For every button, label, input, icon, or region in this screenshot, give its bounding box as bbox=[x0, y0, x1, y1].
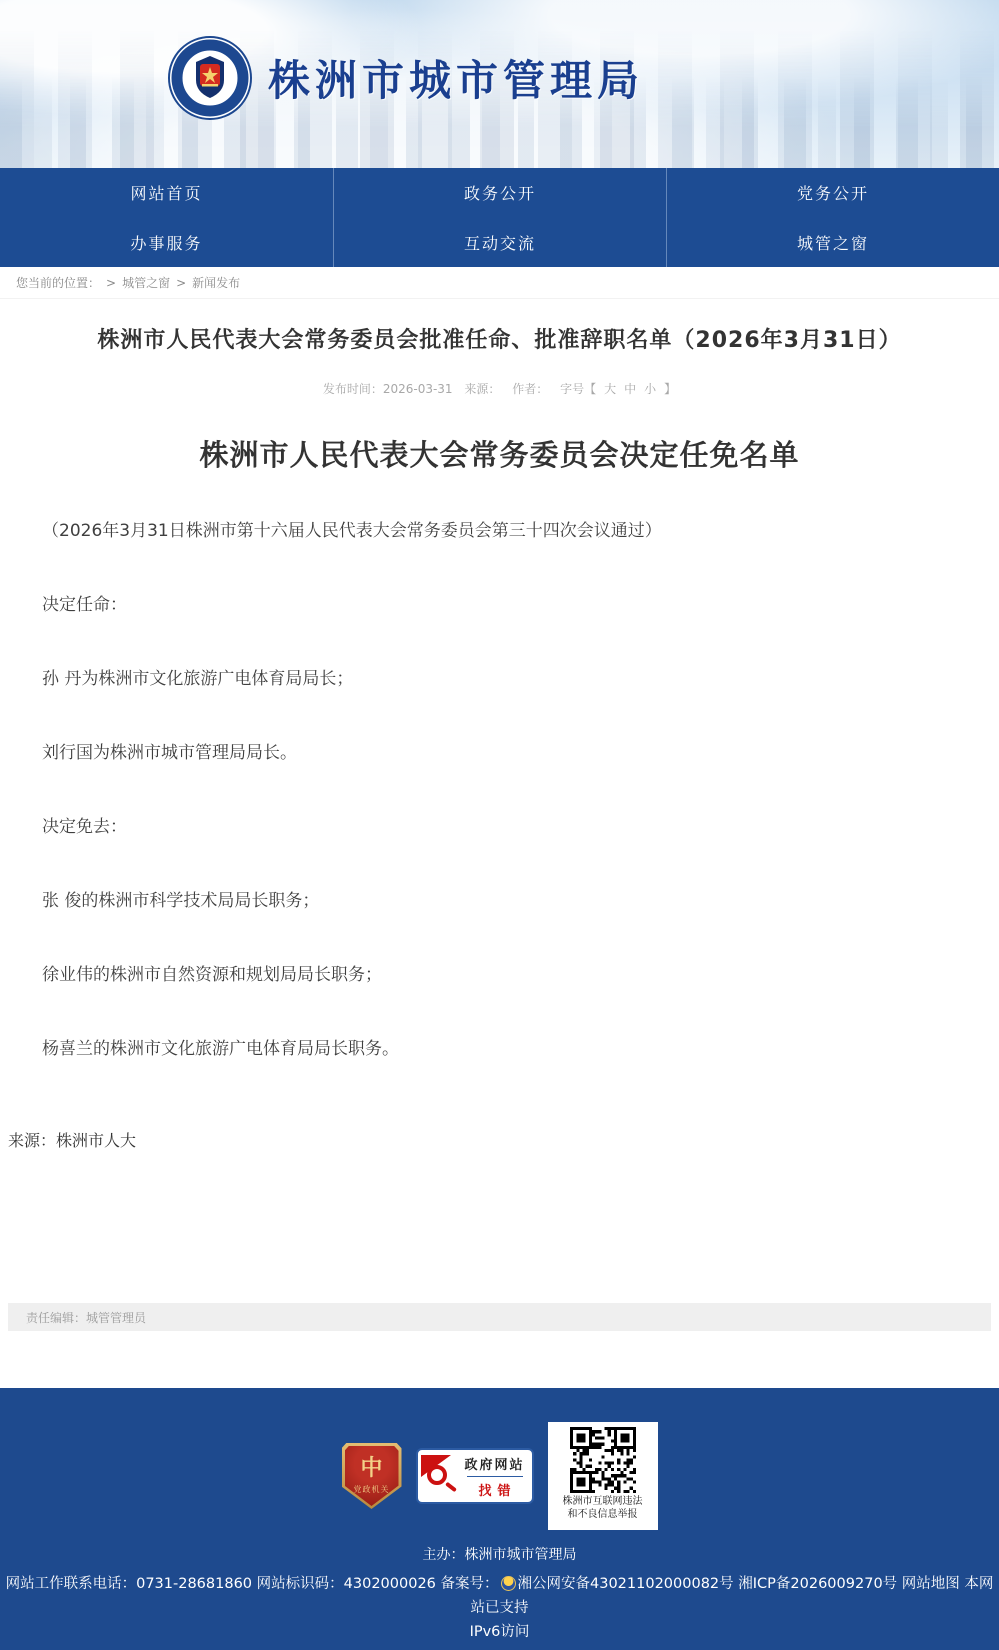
nav-item-home[interactable]: 网站首页 bbox=[0, 168, 333, 218]
police-emblem-icon bbox=[501, 1576, 516, 1591]
article-meta: 发布时间：2026-03-31 来源： 作者： 字号【大中小】 bbox=[8, 380, 991, 397]
main-navigation: 网站首页 办事服务 政务公开 互动交流 党务公开 城管之窗 bbox=[0, 168, 999, 267]
magnifier-flag-icon bbox=[421, 1453, 461, 1499]
footer: 中 党政机关 政府网站 找错 bbox=[0, 1388, 999, 1650]
footer-contact-line: 网站工作联系电话：0731-28681860 网站标识码：4302000026 … bbox=[2, 1572, 997, 1620]
source-label: 来源： bbox=[464, 382, 500, 396]
nav-item-services[interactable]: 办事服务 bbox=[0, 218, 333, 268]
gov-site-find-error-badge[interactable]: 政府网站 找错 bbox=[416, 1448, 534, 1504]
author-label: 作者： bbox=[512, 382, 548, 396]
footer-badges: 中 党政机关 政府网站 找错 bbox=[342, 1422, 658, 1530]
site-brand: 株洲市城市管理局 bbox=[168, 36, 644, 120]
find-error-top-label: 政府网站 bbox=[464, 1454, 524, 1473]
nav-item-urban-window[interactable]: 城管之窗 bbox=[666, 218, 999, 268]
qr-caption: 株洲市互联网违法 和不良信息举报 bbox=[563, 1495, 643, 1521]
editor-bar: 责任编辑：城管管理员 bbox=[8, 1303, 991, 1331]
breadcrumb-prefix: 您当前的位置： bbox=[16, 274, 100, 291]
spacer bbox=[0, 1331, 999, 1388]
report-qr-panel[interactable]: 株洲市互联网违法 和不良信息举报 bbox=[548, 1422, 658, 1530]
bureau-emblem-icon bbox=[168, 36, 252, 120]
paragraph-remove-2: 徐业伟的株洲市自然资源和规划局局长职务； bbox=[8, 962, 991, 988]
gongan-beian-link[interactable]: 湘公网安备43021102000082号 bbox=[518, 1576, 734, 1592]
paragraph-remove-1: 张 俊的株洲市科学技术局局长职务； bbox=[8, 888, 991, 914]
breadcrumb-separator: > bbox=[176, 276, 186, 290]
party-gov-badge[interactable]: 中 党政机关 bbox=[342, 1443, 402, 1509]
party-gov-glyph: 中 bbox=[360, 1458, 382, 1480]
contact-info: 网站工作联系电话：0731-28681860 网站标识码：4302000026 … bbox=[6, 1576, 499, 1592]
footer-host-line: 主办：株洲市城市管理局 bbox=[423, 1544, 577, 1564]
qr-code bbox=[570, 1427, 636, 1493]
paragraph-appoint-heading: 决定任命： bbox=[8, 592, 991, 618]
fontsize-medium-button[interactable]: 中 bbox=[624, 382, 636, 396]
nav-item-gov-affairs[interactable]: 政务公开 bbox=[333, 168, 666, 218]
sitemap-link[interactable]: 网站地图 bbox=[902, 1576, 960, 1592]
fontsize-label-close: 】 bbox=[664, 382, 676, 396]
article-body: （2026年3月31日株洲市第十六届人民代表大会常务委员会第三十四次会议通过） … bbox=[8, 518, 991, 1062]
footer-ipv6-line: IPv6访问 bbox=[470, 1620, 530, 1644]
icp-beian-link[interactable]: 湘ICP备2026009270号 bbox=[738, 1576, 897, 1592]
party-gov-label: 党政机关 bbox=[354, 1484, 390, 1495]
breadcrumb-link-urban-window[interactable]: 城管之窗 bbox=[122, 274, 170, 291]
nav-item-interaction[interactable]: 互动交流 bbox=[333, 218, 666, 268]
article-title: 株洲市人民代表大会常务委员会批准任命、批准辞职名单（2026年3月31日） bbox=[8, 323, 991, 354]
find-error-bottom-label: 找错 bbox=[472, 1480, 516, 1499]
article-container: 株洲市人民代表大会常务委员会批准任命、批准辞职名单（2026年3月31日） 发布… bbox=[0, 299, 999, 1303]
publish-date: 发布时间：2026-03-31 bbox=[323, 382, 453, 396]
paragraph-remove-3: 杨喜兰的株洲市文化旅游广电体育局局长职务。 bbox=[8, 1036, 991, 1062]
paragraph-meeting-note: （2026年3月31日株洲市第十六届人民代表大会常务委员会第三十四次会议通过） bbox=[8, 518, 991, 544]
article-subtitle: 株洲市人民代表大会常务委员会决定任免名单 bbox=[8, 433, 991, 474]
editor-label: 责任编辑：城管管理员 bbox=[26, 1309, 146, 1326]
party-gov-shield-icon: 中 党政机关 bbox=[345, 1446, 399, 1506]
paragraph-appoint-2: 刘行国为株洲市城市管理局局长。 bbox=[8, 740, 991, 766]
nav-item-party-affairs[interactable]: 党务公开 bbox=[666, 168, 999, 218]
breadcrumb: 您当前的位置： > 城管之窗 > 新闻发布 bbox=[0, 267, 999, 299]
breadcrumb-link-news[interactable]: 新闻发布 bbox=[192, 274, 240, 291]
fontsize-small-button[interactable]: 小 bbox=[644, 382, 656, 396]
paragraph-remove-heading: 决定免去： bbox=[8, 814, 991, 840]
fontsize-large-button[interactable]: 大 bbox=[604, 382, 616, 396]
site-title: 株洲市城市管理局 bbox=[268, 48, 644, 108]
paragraph-appoint-1: 孙 丹为株洲市文化旅游广电体育局局长； bbox=[8, 666, 991, 692]
header-banner: 株洲市城市管理局 bbox=[0, 0, 999, 168]
article-source: 来源：株洲市人大 bbox=[8, 1128, 991, 1151]
fontsize-label: 字号【 bbox=[560, 382, 596, 396]
divider bbox=[467, 1476, 523, 1477]
breadcrumb-separator: > bbox=[106, 276, 116, 290]
